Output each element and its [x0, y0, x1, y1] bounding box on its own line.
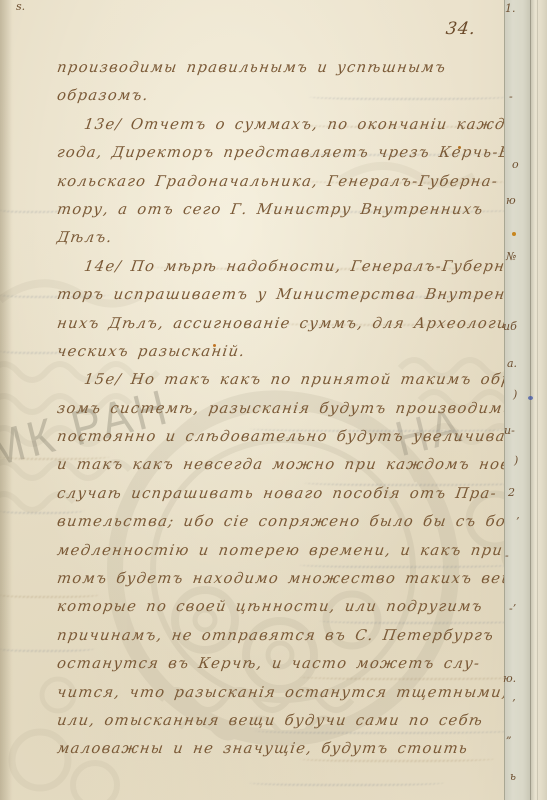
manuscript-text-block: производимы правильнымъ и успѣшнымъобраз… [57, 54, 509, 764]
manuscript-line-text: Дѣлъ. [56, 229, 114, 246]
manuscript-line-text: которые по своей цѣнности, или подругимъ [56, 598, 484, 615]
manuscript-line-text: 13е/ Отчетъ о суммахъ, по окончаніи кажд… [83, 116, 536, 133]
manuscript-line-text: причинамъ, не отправятся въ С. Петербург… [56, 627, 515, 644]
manuscript-line: вительства; ибо сіе сопряжено было бы съ… [55, 508, 511, 536]
manuscript-line: постоянно и слѣдовательно будутъ увеличи… [55, 423, 511, 451]
manuscript-line-text: образомъ. [56, 87, 150, 104]
manuscript-line: Дѣлъ. [55, 224, 511, 252]
manuscript-line: зомъ системѣ, разысканія будутъ производ… [55, 395, 511, 423]
manuscript-line-text: ческихъ разысканій. [56, 343, 247, 360]
edge-ink-mark: s. [16, 0, 25, 13]
manuscript-line-text: томъ будетъ находимо множество такихъ ве… [56, 570, 546, 587]
rust-speck [512, 232, 516, 236]
bleed-through-line [248, 778, 447, 786]
manuscript-line-text: нихъ Дѣлъ, ассигнованіе суммъ, для Архео… [56, 315, 515, 332]
page-edge-strip [504, 0, 531, 800]
manuscript-line: года, Директоръ представляетъ чрезъ Керч… [55, 139, 511, 167]
manuscript-line: 15е/ Но такъ какъ по принятой такимъ обр… [55, 366, 511, 394]
manuscript-line: останутся въ Керчѣ, и часто можетъ слу- [55, 650, 511, 678]
manuscript-line-text: вительства; ибо сіе сопряжено было бы съ… [56, 513, 547, 530]
manuscript-line-text: года, Директоръ представляетъ чрезъ Керч… [56, 144, 540, 161]
manuscript-line-text: или, отысканныя вещи будучи сами по себѣ [56, 712, 485, 729]
manuscript-line-text: 14е/ По мѣрѣ надобности, Генералъ-Губерн… [83, 258, 523, 275]
manuscript-line: или, отысканныя вещи будучи сами по себѣ [55, 707, 511, 735]
manuscript-line: 13е/ Отчетъ о суммахъ, по окончаніи кажд… [55, 111, 511, 139]
manuscript-line: торъ испрашиваетъ у Министерства Внутрен… [55, 281, 511, 309]
manuscript-line: и такъ какъ невсегда можно при каждомъ н… [55, 451, 511, 479]
manuscript-line: которые по своей цѣнности, или подругимъ [55, 593, 511, 621]
manuscript-line-text: маловажны и не значущіе, будутъ стоить [56, 740, 470, 757]
edge-ink-mark-glyph: s. [16, 0, 25, 13]
manuscript-line-text: кольскаго Градоначальника, Генералъ-Губе… [56, 173, 499, 190]
manuscript-line: медленностію и потерею времени, и какъ п… [55, 537, 511, 565]
manuscript-line-text: и такъ какъ невсегда можно при каждомъ н… [56, 456, 546, 473]
manuscript-line-text: тору, а отъ сего Г. Министру Внутреннихъ [56, 201, 485, 218]
manuscript-line-text: медленностію и потерею времени, и какъ п… [56, 542, 505, 559]
rust-speck [458, 146, 461, 149]
manuscript-line: ческихъ разысканій. [55, 338, 511, 366]
manuscript-line: маловажны и не значущіе, будутъ стоить [55, 735, 511, 763]
next-page-edge [530, 0, 547, 800]
manuscript-line: томъ будетъ находимо множество такихъ ве… [55, 565, 511, 593]
manuscript-line-text: случаѣ испрашивать новаго пособія отъ Пр… [56, 485, 498, 502]
manuscript-line-text: производимы правильнымъ и успѣшнымъ [56, 59, 448, 76]
manuscript-line: кольскаго Градоначальника, Генералъ-Губе… [55, 168, 511, 196]
manuscript-line-text: торъ испрашиваетъ у Министерства Внутрен… [56, 286, 513, 303]
manuscript-line-text: останутся въ Керчѣ, и часто можетъ слу- [56, 655, 482, 672]
manuscript-page: МК РАН НА 34. производимы правильнымъ и … [0, 0, 547, 800]
manuscript-line-text: зомъ системѣ, разысканія будутъ производ… [56, 400, 517, 417]
manuscript-line-text: чится, что разысканія останутся тщетными… [56, 684, 509, 701]
page-number: 34. [445, 19, 478, 39]
manuscript-line-text: 15е/ Но такъ какъ по принятой такимъ обр… [83, 371, 530, 388]
manuscript-line: 14е/ По мѣрѣ надобности, Генералъ-Губерн… [55, 253, 511, 281]
manuscript-line: случаѣ испрашивать новаго пособія отъ Пр… [55, 480, 511, 508]
rust-speck [213, 344, 216, 347]
manuscript-line: нихъ Дѣлъ, ассигнованіе суммъ, для Архео… [55, 310, 511, 338]
manuscript-line: причинамъ, не отправятся въ С. Петербург… [55, 622, 511, 650]
blue-ink-spot [528, 396, 533, 400]
manuscript-line: производимы правильнымъ и успѣшнымъ [55, 54, 511, 82]
manuscript-line-text: постоянно и слѣдовательно будутъ увеличи… [56, 428, 547, 445]
manuscript-line: тору, а отъ сего Г. Министру Внутреннихъ [55, 196, 511, 224]
manuscript-line: образомъ. [55, 82, 511, 110]
manuscript-line: чится, что разысканія останутся тщетными… [55, 679, 511, 707]
